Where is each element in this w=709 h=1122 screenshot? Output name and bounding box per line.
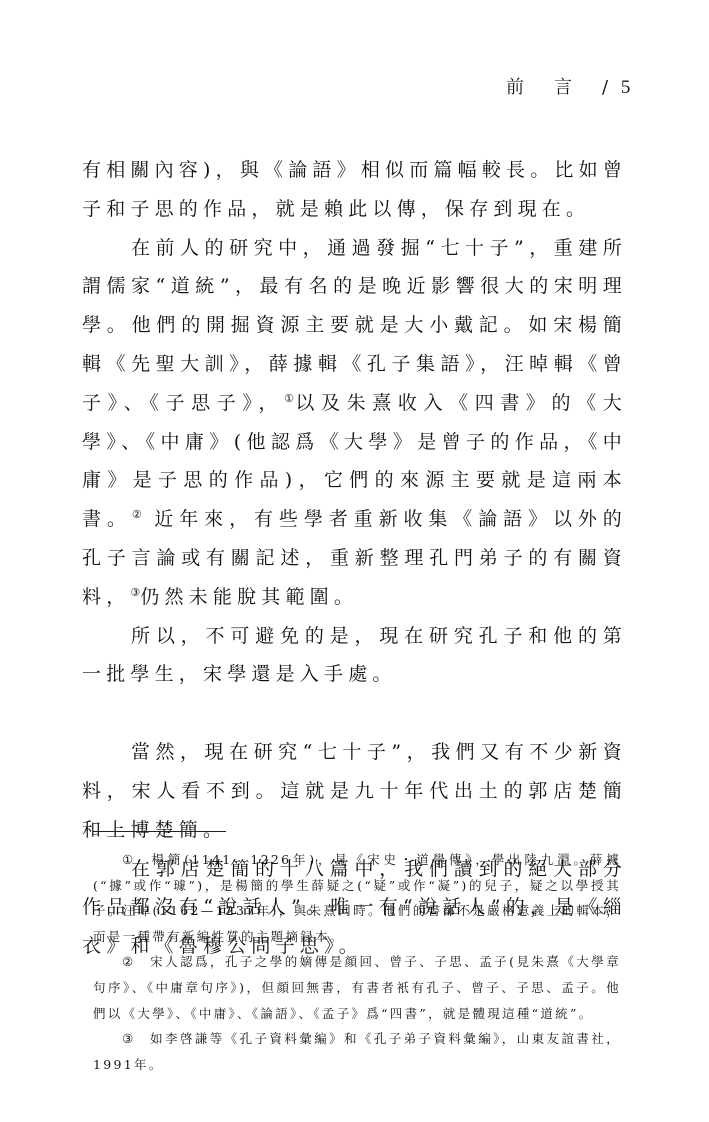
footnote-2: ②宋人認爲，孔子之學的嫡傳是顔回、曾子、子思、孟子(見朱熹《大學章句序》、《中庸… bbox=[93, 949, 621, 1026]
paragraph-text: 所以，不可避免的是，現在研究孔子和他的第一批學生，宋學還是入手處。 bbox=[82, 625, 627, 686]
page-number: 5 bbox=[621, 77, 631, 98]
paragraph-4: 當然，現在研究“七十子”，我們又有不少新資料，宋人看不到。這就是九十年代出土的郭… bbox=[82, 733, 627, 849]
footnote-text: 楊簡(1141 1226年)，見《宋史・道學傳》，學出陸九淵。薛據(“據”或作“… bbox=[93, 852, 621, 944]
footnote-text: 如李啓謙等《孔子資料彙編》和《孔子弟子資料彙編》，山東友誼書社，1991年。 bbox=[93, 1031, 621, 1072]
running-head: 前言/ 5 bbox=[506, 76, 630, 100]
footnote-ref-2[interactable]: ② bbox=[132, 508, 143, 521]
footnote-mark: ② bbox=[122, 949, 150, 975]
paragraph-2: 在前人的研究中，通過發掘“七十子”，重建所謂儒家“道統”，最有名的是晚近影響很大… bbox=[82, 229, 627, 617]
paragraph-1: 有相關內容)，與《論語》相似而篇幅較長。比如曾子和子思的作品，就是賴此以傳，保存… bbox=[82, 151, 627, 229]
footnote-text: 宋人認爲，孔子之學的嫡傳是顔回、曾子、子思、孟子(見朱熹《大學章句序》、《中庸章… bbox=[93, 954, 621, 1020]
paragraph-text: 有相關內容)，與《論語》相似而篇幅較長。比如曾子和子思的作品，就是賴此以傳，保存… bbox=[82, 159, 627, 220]
paragraph-text: 當然，現在研究“七十子”，我們又有不少新資料，宋人看不到。這就是九十年代出土的郭… bbox=[82, 741, 627, 841]
footnote-mark: ① bbox=[122, 847, 150, 873]
paragraph-3: 所以，不可避免的是，現在研究孔子和他的第一批學生，宋學還是入手處。 bbox=[82, 617, 627, 695]
body-text: 有相關內容)，與《論語》相似而篇幅較長。比如曾子和子思的作品，就是賴此以傳，保存… bbox=[82, 151, 627, 966]
footnote-1: ①楊簡(1141 1226年)，見《宋史・道學傳》，學出陸九淵。薛據(“據”或作… bbox=[93, 847, 621, 949]
running-head-title: 前言 bbox=[506, 77, 602, 98]
paragraph-text: 在前人的研究中，通過發掘“七十子”，重建所謂儒家“道統”，最有名的是晚近影響很大… bbox=[82, 237, 627, 414]
section-gap bbox=[82, 694, 627, 733]
footnotes: ①楊簡(1141 1226年)，見《宋史・道學傳》，學出陸九淵。薛據(“據”或作… bbox=[93, 847, 621, 1077]
footnote-mark: ③ bbox=[122, 1026, 150, 1052]
footnote-ref-1[interactable]: ① bbox=[284, 392, 295, 405]
footnote-ref-3[interactable]: ③ bbox=[130, 586, 140, 599]
paragraph-text: 仍然未能脫其範圍。 bbox=[140, 586, 358, 608]
footnote-divider bbox=[93, 831, 226, 832]
footnote-3: ③如李啓謙等《孔子資料彙編》和《孔子弟子資料彙編》，山東友誼書社，1991年。 bbox=[93, 1026, 621, 1077]
running-head-separator: / bbox=[602, 77, 608, 98]
